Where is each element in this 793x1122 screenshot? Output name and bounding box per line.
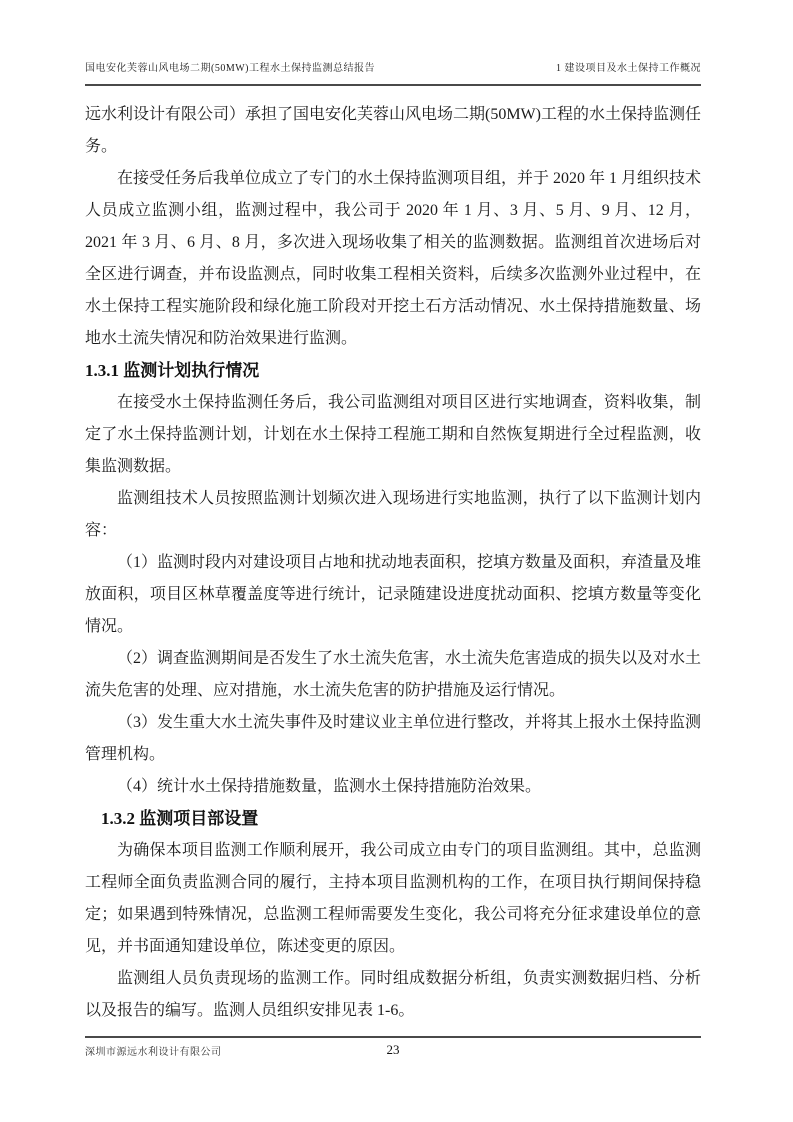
- paragraph-continued: 远水利设计有限公司）承担了国电安化芙蓉山风电场二期(50MW)工程的水土保持监测…: [85, 99, 701, 163]
- paragraph: 在接受水土保持监测任务后，我公司监测组对项目区进行实地调查，资料收集，制定了水土…: [85, 387, 701, 483]
- list-item-4: （4）统计水土保持措施数量，监测水土保持措施防治效果。: [85, 771, 701, 803]
- section-heading-1-3-2: 1.3.2 监测项目部设置: [85, 805, 701, 833]
- list-item-3: （3）发生重大水土流失事件及时建议业主单位进行整改，并将其上报水土保持监测管理机…: [85, 707, 701, 771]
- running-header: 国电安化芙蓉山风电场二期(50MW)工程水土保持监测总结报告 1 建设项目及水土…: [85, 62, 701, 86]
- header-chapter-title: 1 建设项目及水土保持工作概况: [556, 62, 701, 76]
- paragraph: 监测组人员负责现场的监测工作。同时组成数据分析组，负责实测数据归档、分析以及报告…: [85, 963, 701, 1027]
- list-item-2: （2）调查监测期间是否发生了水土流失危害，水土流失危害造成的损失以及对水土流失危…: [85, 643, 701, 707]
- document-body: 远水利设计有限公司）承担了国电安化芙蓉山风电场二期(50MW)工程的水土保持监测…: [85, 99, 701, 1027]
- page-number: 23: [85, 1042, 701, 1058]
- paragraph: 为确保本项目监测工作顺利展开，我公司成立由专门的项目监测组。其中，总监测工程师全…: [85, 835, 701, 963]
- paragraph: 监测组技术人员按照监测计划频次进入现场进行实地监测，执行了以下监测计划内容：: [85, 483, 701, 547]
- document-page: 国电安化芙蓉山风电场二期(50MW)工程水土保持监测总结报告 1 建设项目及水土…: [0, 0, 793, 1122]
- running-footer: 深圳市源远水利设计有限公司 23: [85, 1036, 701, 1060]
- list-item-1: （1）监测时段内对建设项目占地和扰动地表面积，挖填方数量及面积，弃渣量及堆放面积…: [85, 547, 701, 643]
- paragraph: 在接受任务后我单位成立了专门的水土保持监测项目组，并于 2020 年 1 月组织…: [85, 163, 701, 355]
- section-heading-1-3-1: 1.3.1 监测计划执行情况: [85, 357, 701, 385]
- header-report-title: 国电安化芙蓉山风电场二期(50MW)工程水土保持监测总结报告: [85, 62, 375, 76]
